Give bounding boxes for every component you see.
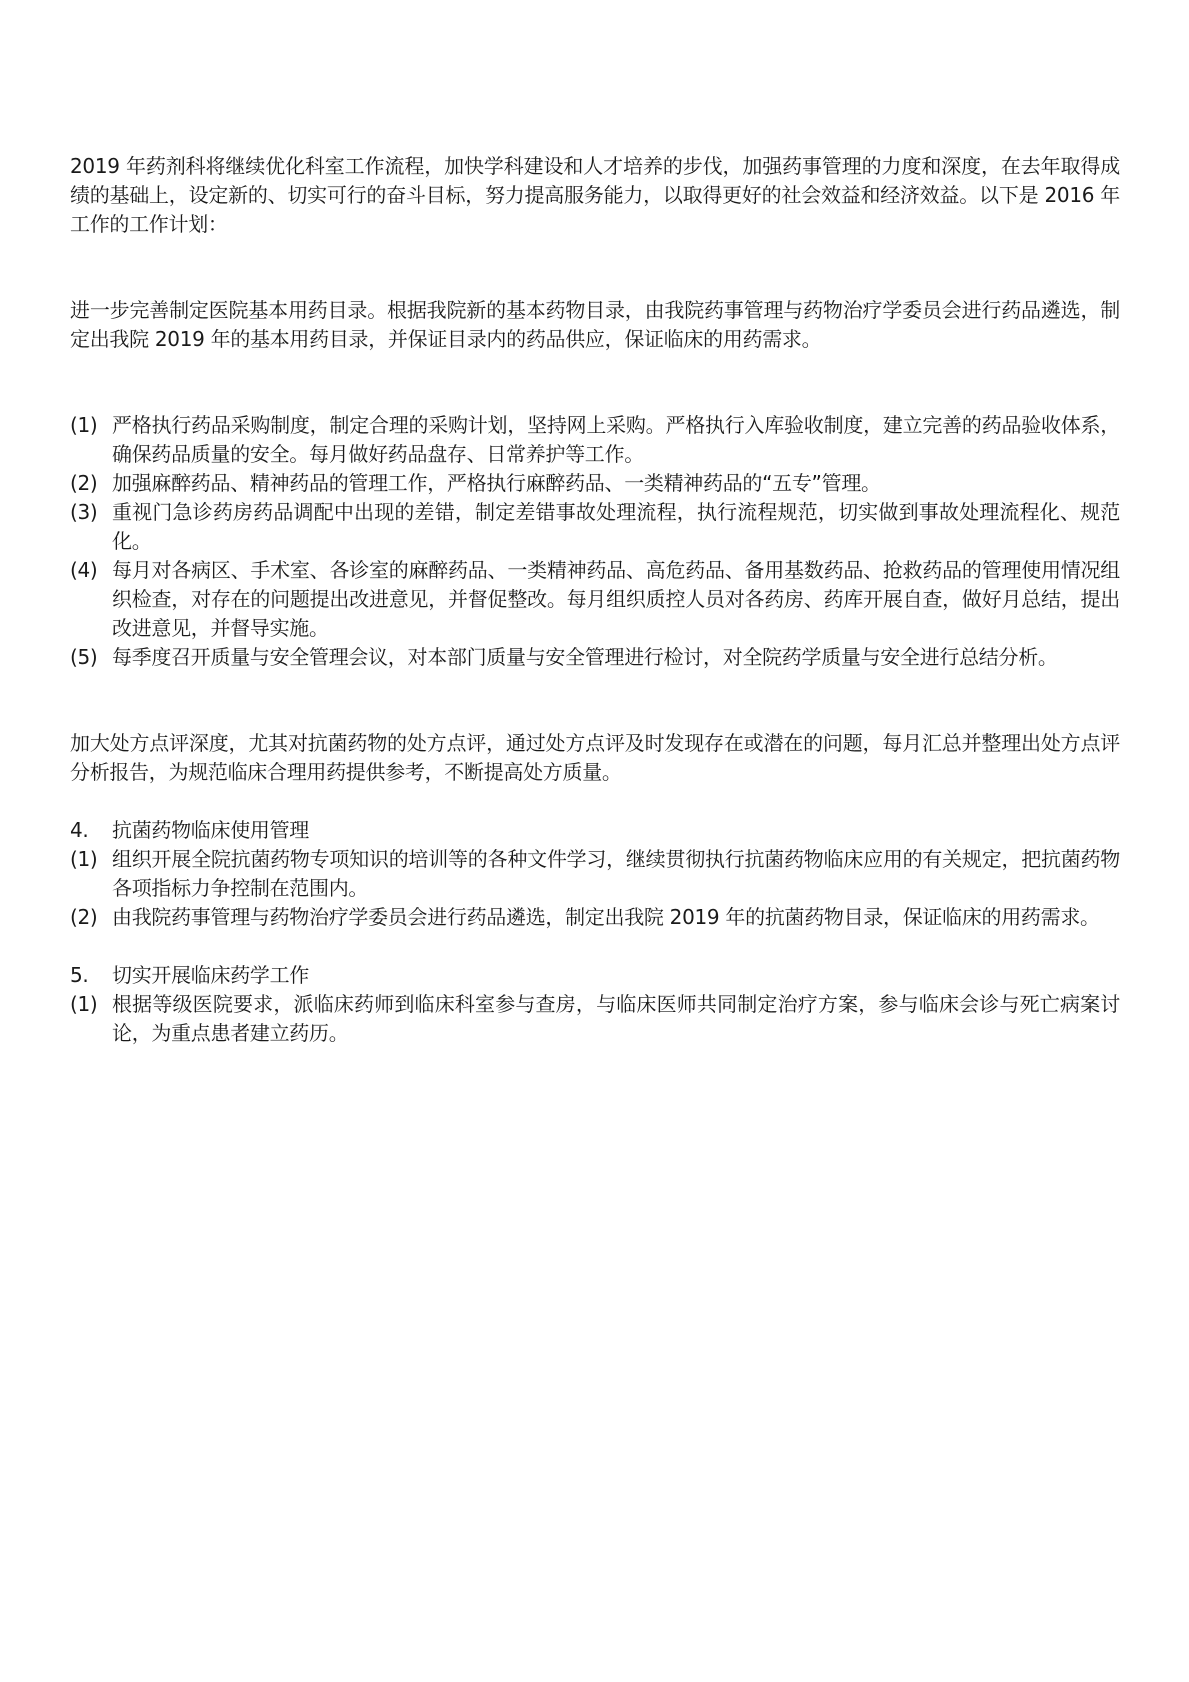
document-page: 2019 年药剂科将继续优化科室工作流程，加快学科建设和人才培养的步伐，加强药事… [70, 152, 1120, 1048]
list-item: (3) 重视门急诊药房药品调配中出现的差错，制定差错事故处理流程，执行流程规范，… [70, 498, 1120, 556]
spacer [70, 239, 1120, 296]
list-item: (2) 由我院药事管理与药物治疗学委员会进行药品遴选，制定出我院 2019 年的… [70, 903, 1120, 932]
list-number: (1) [70, 845, 112, 903]
section1-paragraph: 进一步完善制定医院基本用药目录。根据我院新的基本药物目录，由我院药事管理与药物治… [70, 296, 1120, 354]
section4-heading: 4. 抗菌药物临床使用管理 [70, 816, 1120, 845]
list-number: (1) [70, 990, 112, 1048]
list-item: (1) 根据等级医院要求，派临床药师到临床科室参与查房，与临床医师共同制定治疗方… [70, 990, 1120, 1048]
list-text: 严格执行药品采购制度，制定合理的采购计划，坚持网上采购。严格执行入库验收制度，建… [112, 411, 1120, 469]
spacer [70, 672, 1120, 729]
list-text: 每季度召开质量与安全管理会议，对本部门质量与安全管理进行检讨，对全院药学质量与安… [112, 643, 1120, 672]
list-text: 重视门急诊药房药品调配中出现的差错，制定差错事故处理流程，执行流程规范，切实做到… [112, 498, 1120, 556]
section4-list: (1) 组织开展全院抗菌药物专项知识的培训等的各种文件学习，继续贯彻执行抗菌药物… [70, 845, 1120, 932]
list-number: (2) [70, 469, 112, 498]
list-number: (3) [70, 498, 112, 556]
list-item: (1) 组织开展全院抗菌药物专项知识的培训等的各种文件学习，继续贯彻执行抗菌药物… [70, 845, 1120, 903]
list-item: (5) 每季度召开质量与安全管理会议，对本部门质量与安全管理进行检讨，对全院药学… [70, 643, 1120, 672]
list-item: (1) 严格执行药品采购制度，制定合理的采购计划，坚持网上采购。严格执行入库验收… [70, 411, 1120, 469]
list-number: (5) [70, 643, 112, 672]
heading-number: 4. [70, 816, 112, 845]
list-number: (2) [70, 903, 112, 932]
section2-list: (1) 严格执行药品采购制度，制定合理的采购计划，坚持网上采购。严格执行入库验收… [70, 411, 1120, 672]
list-text: 加强麻醉药品、精神药品的管理工作，严格执行麻醉药品、一类精神药品的“五专”管理。 [112, 469, 1120, 498]
section5-heading: 5. 切实开展临床药学工作 [70, 961, 1120, 990]
list-text: 根据等级医院要求，派临床药师到临床科室参与查房，与临床医师共同制定治疗方案，参与… [112, 990, 1120, 1048]
spacer [70, 932, 1120, 961]
heading-number: 5. [70, 961, 112, 990]
list-item: (4) 每月对各病区、手术室、各诊室的麻醉药品、一类精神药品、高危药品、备用基数… [70, 556, 1120, 643]
list-text: 每月对各病区、手术室、各诊室的麻醉药品、一类精神药品、高危药品、备用基数药品、抢… [112, 556, 1120, 643]
intro-paragraph: 2019 年药剂科将继续优化科室工作流程，加快学科建设和人才培养的步伐，加强药事… [70, 152, 1120, 239]
list-number: (4) [70, 556, 112, 643]
spacer [70, 354, 1120, 411]
list-text: 组织开展全院抗菌药物专项知识的培训等的各种文件学习，继续贯彻执行抗菌药物临床应用… [112, 845, 1120, 903]
heading-text: 切实开展临床药学工作 [112, 961, 1120, 990]
list-number: (1) [70, 411, 112, 469]
list-item: (2) 加强麻醉药品、精神药品的管理工作，严格执行麻醉药品、一类精神药品的“五专… [70, 469, 1120, 498]
section3-paragraph: 加大处方点评深度，尤其对抗菌药物的处方点评，通过处方点评及时发现存在或潜在的问题… [70, 729, 1120, 787]
list-text: 由我院药事管理与药物治疗学委员会进行药品遴选，制定出我院 2019 年的抗菌药物… [112, 903, 1120, 932]
spacer [70, 787, 1120, 816]
heading-text: 抗菌药物临床使用管理 [112, 816, 1120, 845]
section5-list: (1) 根据等级医院要求，派临床药师到临床科室参与查房，与临床医师共同制定治疗方… [70, 990, 1120, 1048]
